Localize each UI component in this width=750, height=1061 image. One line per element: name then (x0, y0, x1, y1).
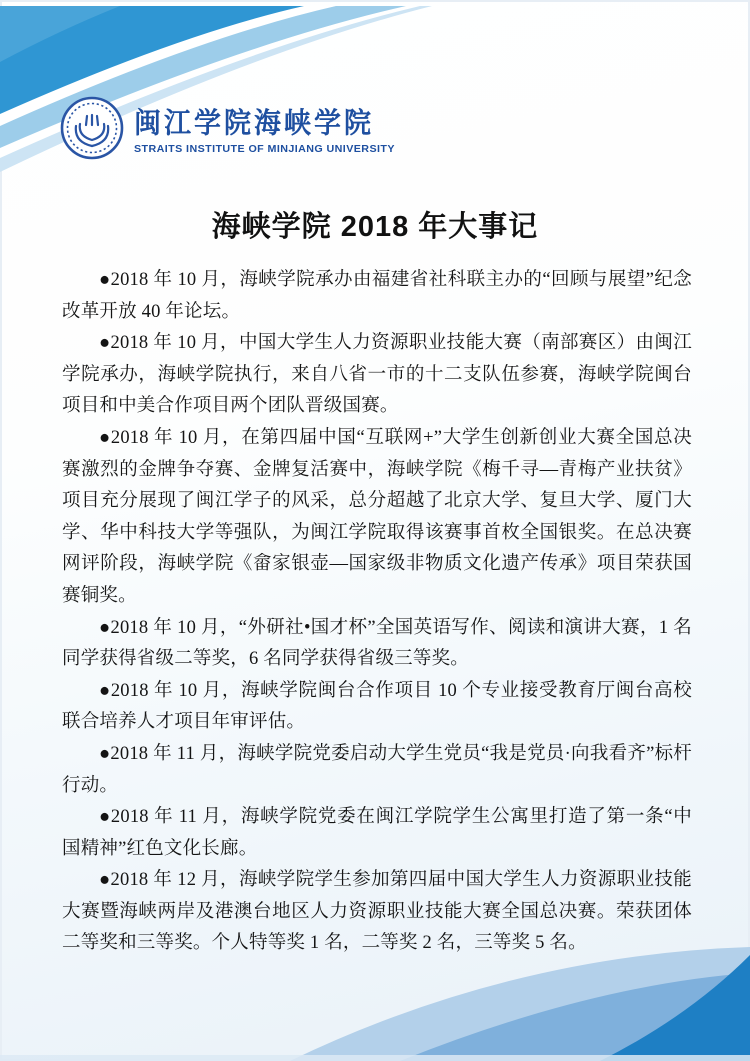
document-body: ●2018 年 10 月，海峡学院承办由福建省社科联主办的“回顾与展望”纪念改革… (62, 265, 692, 960)
logo-text: 闽江学院海峡学院 STRAITS INSTITUTE OF MINJIANG U… (134, 101, 390, 155)
logo-en-name: STRAITS INSTITUTE OF MINJIANG UNIVERSITY (134, 143, 395, 155)
institute-logo: 闽江学院海峡学院 STRAITS INSTITUTE OF MINJIANG U… (60, 96, 390, 160)
event-paragraph: ●2018 年 12 月，海峡学院学生参加第四届中国大学生人力资源职业技能大赛暨… (62, 865, 692, 960)
page-bottom-edge (0, 1055, 750, 1061)
document-page: 闽江学院海峡学院 STRAITS INSTITUTE OF MINJIANG U… (0, 0, 750, 1061)
event-paragraph: ●2018 年 10 月，在第四届中国“互联网+”大学生创新创业大赛全国总决赛激… (62, 423, 692, 613)
event-paragraph: ●2018 年 10 月，海峡学院闽台合作项目 10 个专业接受教育厅闽台高校联… (62, 676, 692, 739)
event-paragraph: ●2018 年 11 月，海峡学院党委启动大学生党员“我是党员·向我看齐”标杆行… (62, 739, 692, 802)
event-paragraph: ●2018 年 10 月，海峡学院承办由福建省社科联主办的“回顾与展望”纪念改革… (62, 265, 692, 328)
logo-cn-name: 闽江学院海峡学院 (134, 100, 390, 141)
university-seal-icon (60, 96, 124, 160)
event-paragraph: ●2018 年 10 月，“外研社•国才杯”全国英语写作、阅读和演讲大赛，1 名… (62, 613, 692, 676)
event-paragraph: ●2018 年 10 月，中国大学生人力资源职业技能大赛（南部赛区）由闽江学院承… (62, 328, 692, 423)
event-paragraph: ●2018 年 11 月，海峡学院党委在闽江学院学生公寓里打造了第一条“中国精神… (62, 802, 692, 865)
